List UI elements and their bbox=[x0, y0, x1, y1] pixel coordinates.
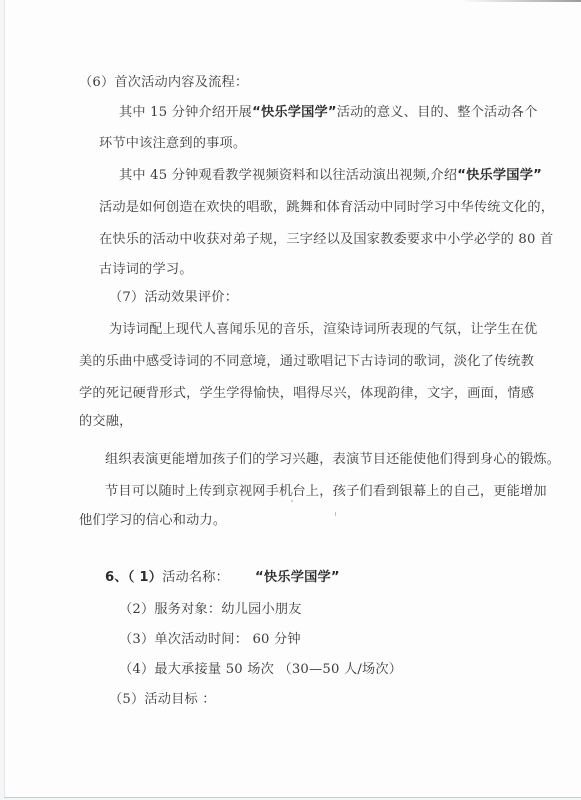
section-7-header: （7）活动效果评价： bbox=[109, 290, 238, 306]
item6-capacity: （4）最大承接量 50 场次 （30—50 人/场次） bbox=[119, 662, 402, 678]
text-run: 其中 45 分钟观看教学视频资料和以往活动演出视频,介绍 bbox=[119, 168, 457, 183]
label: 活动名称： bbox=[162, 570, 229, 585]
para2-line3: 在快乐的活动中收获对弟子规，三字经以及国家教委要求中小学必学的 80 首 bbox=[99, 232, 553, 248]
text-run: 活动的意义、目的、整个活动各个 bbox=[337, 105, 538, 120]
item6-duration: （3）单次活动时间： 60 分钟 bbox=[119, 632, 301, 648]
item6-service-target: （2）服务对象：幼儿园小朋友 bbox=[119, 602, 302, 618]
scanned-page: （6）首次活动内容及流程： 其中 15 分钟介绍开展“快乐学国学”活动的意义、目… bbox=[4, 0, 581, 798]
item-number: 6、（ 1） bbox=[105, 570, 162, 585]
para3-line2: 美的乐曲中感受诗词的不同意境，通过歌唱记下古诗词的歌词，淡化了传统教 bbox=[79, 354, 534, 370]
para1-line2: 环节中该注意到的事项。 bbox=[99, 136, 246, 152]
activity-name-bold: “快乐学国学” bbox=[457, 168, 542, 183]
para3-line3: 学的死记硬背形式，学生学得愉快，唱得尽兴，体现韵律，文字，画面，情感 bbox=[79, 386, 534, 402]
para2-line2: 活动是如何创造在欢快的唱歌，跳舞和体育活动中同时学习中华传统文化的， bbox=[99, 200, 554, 216]
para3-line1: 为诗词配上现代人喜闻乐见的音乐，渲染诗词所表现的气氛，让学生在优 bbox=[109, 322, 537, 338]
para3-line4: 的交融， bbox=[79, 414, 133, 430]
para4-line2: 节目可以随时上传到京视网手机台上，孩子们看到银幕上的自己，更能增加 bbox=[105, 484, 547, 500]
activity-name-bold: “快乐学国学” bbox=[255, 570, 340, 585]
activity-name-bold: “快乐学国学” bbox=[252, 105, 337, 120]
text-run: 其中 15 分钟介绍开展 bbox=[119, 105, 252, 120]
scan-speck bbox=[335, 512, 336, 516]
para1-line1: 其中 15 分钟介绍开展“快乐学国学”活动的意义、目的、整个活动各个 bbox=[119, 105, 538, 121]
para2-line4: 古诗词的学习。 bbox=[99, 262, 193, 278]
scan-edge bbox=[462, 0, 581, 2]
section-6-header: （6）首次活动内容及流程： bbox=[79, 75, 248, 91]
para4-line3: 他们学习的信心和动力。 bbox=[79, 513, 226, 529]
scan-speck bbox=[291, 500, 293, 502]
item6-activity-name: 6、（ 1）活动名称：“快乐学国学” bbox=[105, 570, 340, 586]
para2-line1: 其中 45 分钟观看教学视频资料和以往活动演出视频,介绍“快乐学国学” bbox=[119, 168, 542, 184]
scan-speck bbox=[291, 492, 293, 494]
item6-goal: （5）活动目标 ： bbox=[109, 692, 216, 708]
para4-line1: 组织表演更能增加孩子们的学习兴趣，表演节目还能使他们得到身心的锻炼。 bbox=[105, 452, 560, 468]
